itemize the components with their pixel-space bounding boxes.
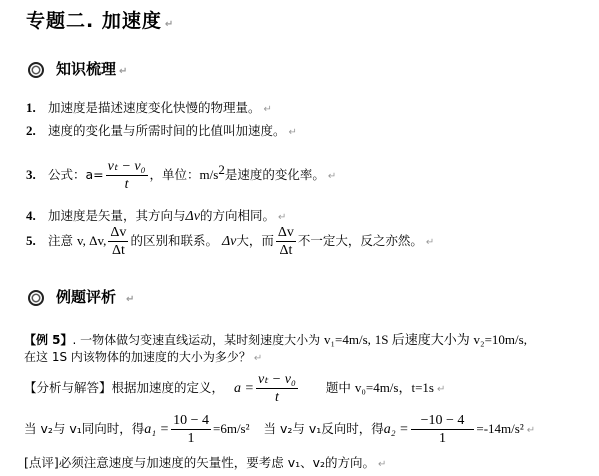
a1-fraction: 10 − 41 xyxy=(171,412,211,447)
paragraph-mark: ↵ xyxy=(278,212,286,223)
example-text: . 一物体做匀变速直线运动，某时刻速度大小为 xyxy=(73,333,321,347)
unit-value: m/s xyxy=(200,167,219,182)
fraction-denominator: 1 xyxy=(439,430,446,447)
point-4: 4.加速度是矢量，其方向与Δv的方向相同。↵ xyxy=(26,206,286,225)
given-label: 题中 xyxy=(326,380,351,395)
fraction-numerator: vₜ − v₀ xyxy=(256,371,298,389)
paragraph-mark: ↵ xyxy=(378,459,386,470)
a1-lhs: a₁ = xyxy=(144,422,169,437)
comment-text: [点评]必须注意速度与加速度的矢量性，要考虑 v₁、v₂的方向。 xyxy=(24,455,375,470)
fraction-numerator: Δv xyxy=(276,224,296,242)
paragraph-mark: ↵ xyxy=(426,237,434,248)
double-ring-icon xyxy=(28,62,44,78)
example-tag: 【例 5】 xyxy=(24,333,73,347)
math-vars: v, Δv, xyxy=(77,233,106,248)
comment-line: [点评]必须注意速度与加速度的矢量性，要考虑 v₁、v₂的方向。↵ xyxy=(24,453,386,471)
point-number: 1. xyxy=(26,100,48,116)
page-title: 专题二. 加速度↵ xyxy=(26,6,174,33)
paragraph-mark: ↵ xyxy=(437,384,445,395)
fraction-numerator: vₜ − v₀ xyxy=(106,158,148,176)
section-heading-examples: 例题评析↵ xyxy=(28,286,134,307)
point-number: 5. xyxy=(26,233,48,249)
analysis-tag: 【分析与解答】 xyxy=(24,380,112,395)
point-text: 速度的变化量与所需时间的比值叫加速度。 xyxy=(48,123,286,138)
formula-fraction: vₜ − v₀t xyxy=(256,371,298,406)
math-delta-v: Δv xyxy=(222,234,236,249)
point-text: 的区别和联系。 xyxy=(130,233,218,248)
cases-line: 当 v₂与 v₁同向时，得a₁ =10 − 41=6m/s² 当 v₂与 v₁反… xyxy=(24,412,535,447)
section-label: 例题评析 xyxy=(56,288,116,306)
paragraph-mark: ↵ xyxy=(126,294,134,305)
paragraph-mark: ↵ xyxy=(289,127,297,138)
point-5: 5.注意 v, Δv,ΔvΔt的区别和联系。 Δv大，而ΔvΔt不一定大，反之亦… xyxy=(26,224,434,259)
formula-lhs: a = xyxy=(234,381,254,396)
analysis-line: 【分析与解答】根据加速度的定义， a =vₜ − v₀t 题中 v₀=4m/s，… xyxy=(24,371,445,406)
example-text: 1S 后速度大小为 xyxy=(375,332,470,347)
point-text: 加速度是描述速度变化快慢的物理量。 xyxy=(48,100,261,115)
section-heading-knowledge: 知识梳理↵ xyxy=(28,58,127,79)
given-values: v₀=4m/s，t=1s xyxy=(355,380,434,395)
example-v1: v₁=4m/s, xyxy=(324,332,371,347)
unit-label: ，单位： xyxy=(150,167,200,182)
point-text: 不一定大，反之亦然。 xyxy=(298,233,423,248)
example-text: 在这 1S 内该物体的加速度的大小为多少？ xyxy=(24,350,251,364)
example-v2: v₂=10m/s, xyxy=(474,332,527,347)
point-text: 的方向相同。 xyxy=(200,208,275,223)
formula-fraction: vₜ − v₀t xyxy=(106,158,148,193)
point-3: 3.公式：a=vₜ − v₀t，单位：m/s2是速度的变化率。↵ xyxy=(26,158,336,193)
analysis-text: 根据加速度的定义， xyxy=(112,380,225,395)
paragraph-mark: ↵ xyxy=(328,171,336,182)
paragraph-mark: ↵ xyxy=(527,425,535,436)
fraction-denominator: t xyxy=(275,389,279,406)
title-text: 专题二. 加速度 xyxy=(26,10,162,32)
paragraph-mark: ↵ xyxy=(119,66,127,77)
fraction-denominator: 1 xyxy=(188,430,195,447)
paragraph-mark: ↵ xyxy=(264,104,272,115)
paragraph-mark: ↵ xyxy=(165,19,174,30)
example-line-1: 【例 5】. 一物体做匀变速直线运动，某时刻速度大小为 v₁=4m/s, 1S … xyxy=(24,329,527,348)
a2-fraction: −10 − 41 xyxy=(411,412,475,447)
fraction-1: ΔvΔt xyxy=(108,224,128,259)
double-ring-icon xyxy=(28,290,44,306)
example-line-2: 在这 1S 内该物体的加速度的大小为多少？↵ xyxy=(24,348,262,365)
point-2: 2.速度的变化量与所需时间的比值叫加速度。↵ xyxy=(26,121,297,139)
section-label: 知识梳理 xyxy=(56,60,116,78)
case-same-direction: 当 v₂与 v₁同向时，得 xyxy=(24,421,144,436)
fraction-denominator: t xyxy=(125,176,129,193)
point-text: 是速度的变化率。 xyxy=(225,167,325,182)
a1-result: =6m/s² xyxy=(213,421,250,436)
point-number: 4. xyxy=(26,208,48,224)
point-1: 1.加速度是描述速度变化快慢的物理量。↵ xyxy=(26,98,272,116)
point-number: 3. xyxy=(26,167,48,183)
fraction-denominator: Δt xyxy=(112,242,125,259)
a2-result: =-14m/s² xyxy=(476,421,523,436)
fraction-numerator: 10 − 4 xyxy=(171,412,211,430)
formula-prefix: 公式：a= xyxy=(48,167,104,182)
point-text: 加速度是矢量，其方向与 xyxy=(48,208,186,223)
fraction-numerator: Δv xyxy=(108,224,128,242)
fraction-numerator: −10 − 4 xyxy=(411,412,475,430)
a2-lhs: a₂ = xyxy=(384,422,409,437)
case-opposite-direction: 当 v₂与 v₁反向时，得 xyxy=(264,421,384,436)
math-delta-v: Δv xyxy=(186,209,200,224)
fraction-2: ΔvΔt xyxy=(276,224,296,259)
point-text: 大，而 xyxy=(236,233,274,248)
fraction-denominator: Δt xyxy=(279,242,292,259)
paragraph-mark: ↵ xyxy=(254,353,262,364)
point-text: 注意 xyxy=(48,233,73,248)
point-number: 2. xyxy=(26,123,48,139)
